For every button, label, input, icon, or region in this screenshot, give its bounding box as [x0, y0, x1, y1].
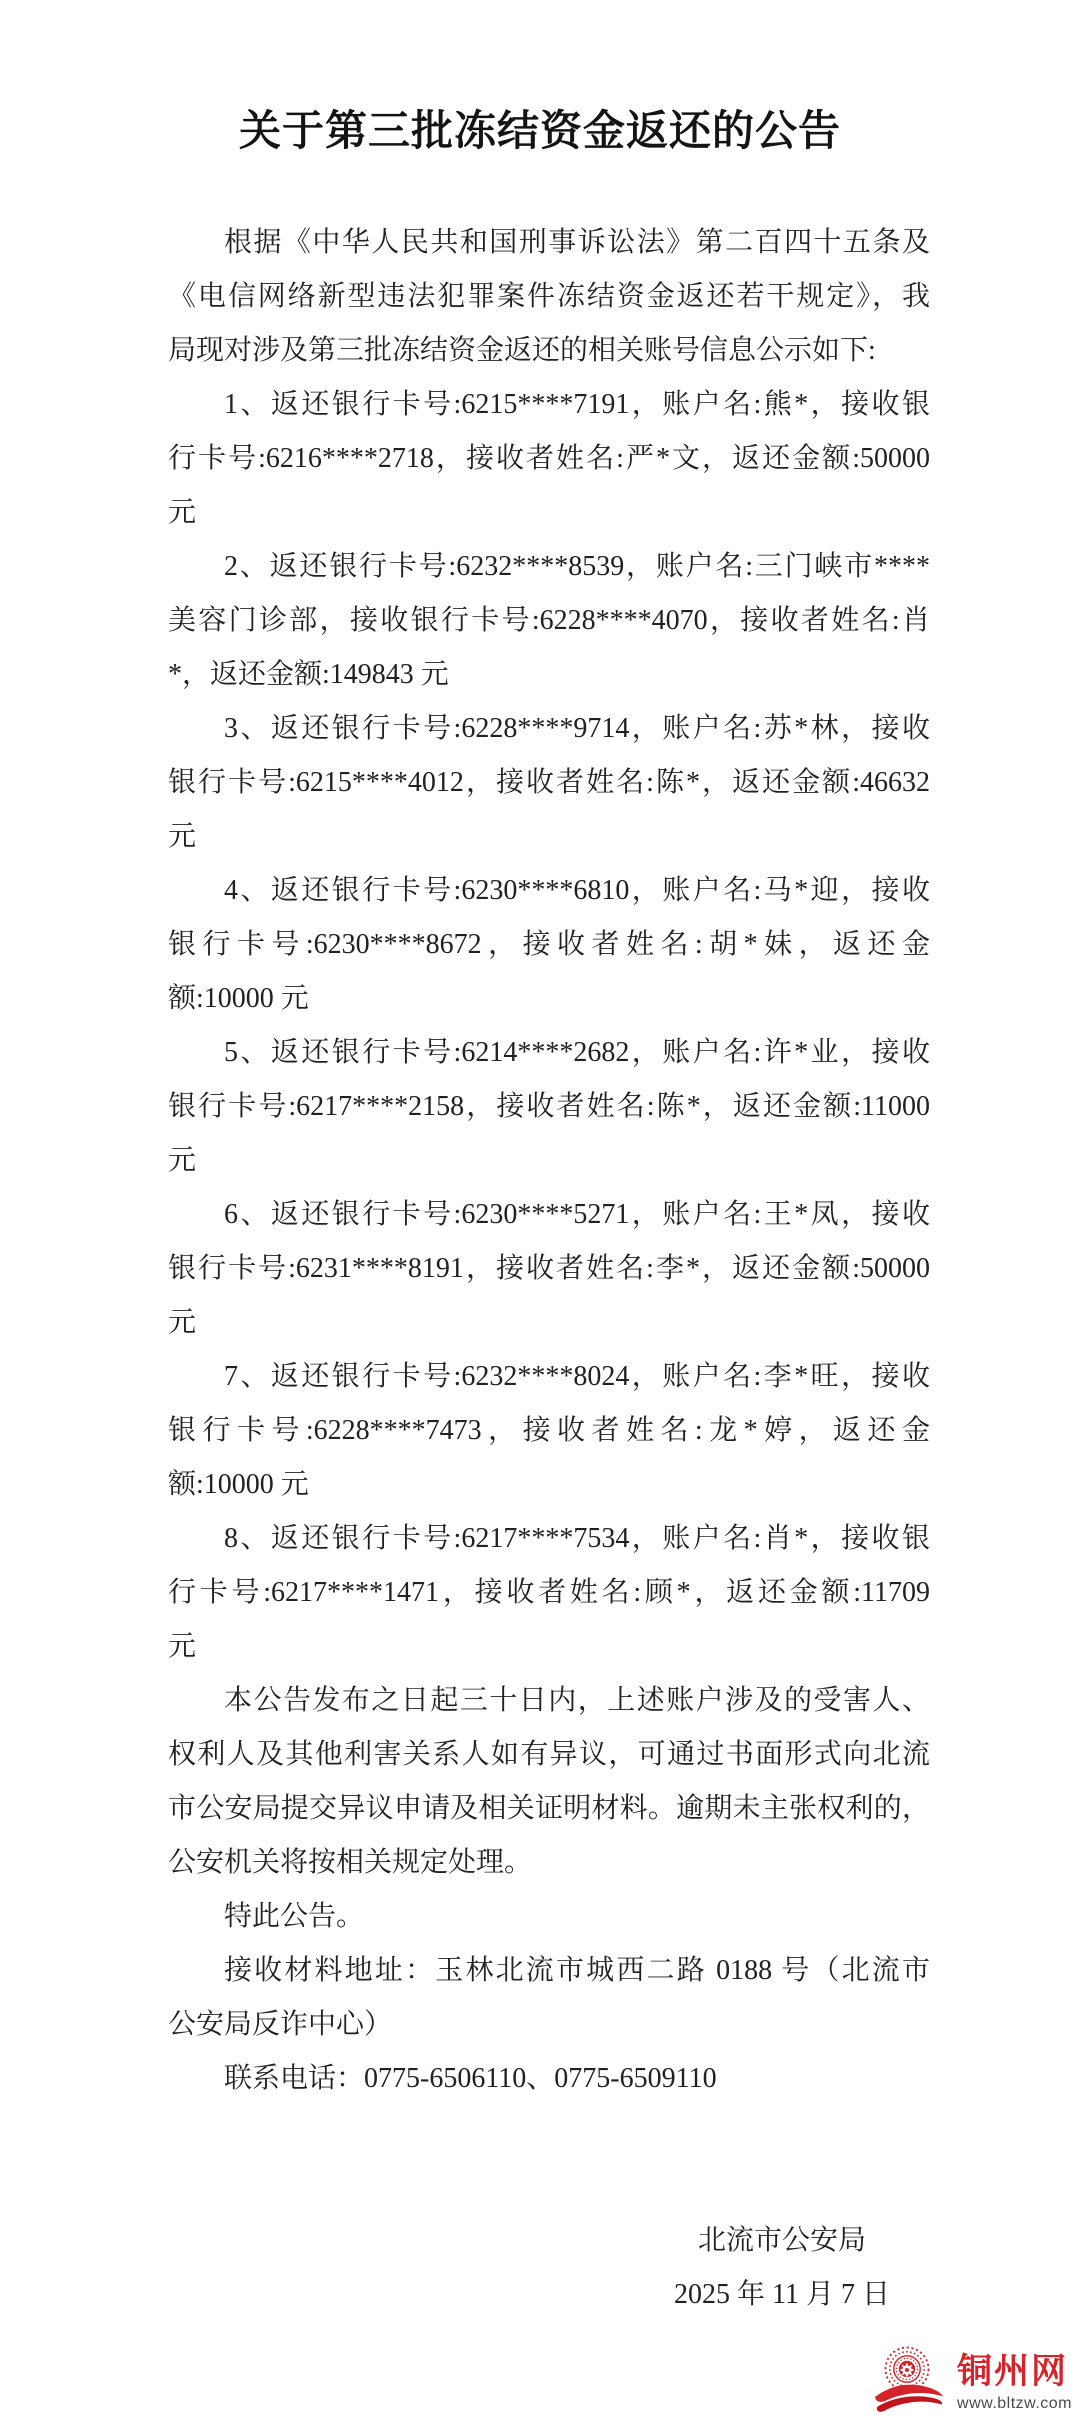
body-line: 额:10000 元	[168, 972, 930, 1026]
body-line: 美容门诊部，接收银行卡号:6228****4070，接收者姓名:肖	[168, 594, 930, 648]
body-line: 接收材料地址：玉林北流市城西二路 0188 号（北流市	[168, 1944, 930, 1998]
notice-page: 关于第三批冻结资金返还的公告 根据《中华人民共和国刑事诉讼法》第二百四十五条及《…	[0, 0, 1080, 2419]
body-line: 4、返还银行卡号:6230****6810，账户名:马*迎，接收	[168, 864, 930, 918]
body-line: 银行卡号:6217****2158，接收者姓名:陈*，返还金额:11000	[168, 1080, 930, 1134]
signature-date: 2025 年 11 月 7 日	[642, 2268, 922, 2322]
body-line: 《电信网络新型违法犯罪案件冻结资金返还若干规定》，我	[168, 270, 930, 324]
signature-org: 北流市公安局	[642, 2214, 922, 2268]
body-line: 元	[168, 486, 930, 540]
body-line: 3、返还银行卡号:6228****9714，账户名:苏*林，接收	[168, 702, 930, 756]
site-name: 铜州网	[957, 2353, 1072, 2391]
body-line: 局现对涉及第三批冻结资金返还的相关账号信息公示如下:	[168, 324, 930, 378]
notice-title: 关于第三批冻结资金返还的公告	[0, 0, 1080, 160]
body-line: 市公安局提交异议申请及相关证明材料。逾期未主张权利的，	[168, 1782, 930, 1836]
body-line: 2、返还银行卡号:6232****8539，账户名:三门峡市****	[168, 540, 930, 594]
site-watermark: 铜州网 www.bltzw.com	[873, 2341, 1072, 2415]
body-line: 7、返还银行卡号:6232****8024，账户名:李*旺，接收	[168, 1350, 930, 1404]
body-line: 元	[168, 1296, 930, 1350]
body-line: 公安机关将按相关规定处理。	[168, 1836, 930, 1890]
body-line: 联系电话：0775-6506110、0775-6509110	[168, 2052, 930, 2106]
red-waves-icon	[875, 2385, 943, 2412]
body-line: 银行卡号:6228****7473，接收者姓名:龙*婷，返还金	[168, 1404, 930, 1458]
body-line: 行卡号:6217****1471，接收者姓名:顾*，返还金额:11709	[168, 1566, 930, 1620]
body-line: 银行卡号:6230****8672，接收者姓名:胡*妹，返还金	[168, 918, 930, 972]
body-line: 权利人及其他利害关系人如有异议，可通过书面形式向北流	[168, 1728, 930, 1782]
red-seal-icon	[873, 2341, 945, 2415]
body-line: 8、返还银行卡号:6217****7534，账户名:肖*，接收银	[168, 1512, 930, 1566]
body-line: 额:10000 元	[168, 1458, 930, 1512]
site-url: www.bltzw.com	[957, 2395, 1072, 2413]
body-line: 行卡号:6216****2718，接收者姓名:严*文，返还金额:50000	[168, 432, 930, 486]
body-line: 5、返还银行卡号:6214****2682，账户名:许*业，接收	[168, 1026, 930, 1080]
body-line: 银行卡号:6215****4012，接收者姓名:陈*，返还金额:46632	[168, 756, 930, 810]
body-line: 元	[168, 810, 930, 864]
signature-block: 北流市公安局 2025 年 11 月 7 日	[642, 2214, 922, 2322]
notice-body: 根据《中华人民共和国刑事诉讼法》第二百四十五条及《电信网络新型违法犯罪案件冻结资…	[0, 216, 1080, 2106]
body-line: 元	[168, 1134, 930, 1188]
body-line: 本公告发布之日起三十日内，上述账户涉及的受害人、	[168, 1674, 930, 1728]
body-line: 公安局反诈中心）	[168, 1998, 930, 2052]
body-line: 1、返还银行卡号:6215****7191，账户名:熊*，接收银	[168, 378, 930, 432]
body-line: 特此公告。	[168, 1890, 930, 1944]
body-line: *，返还金额:149843 元	[168, 648, 930, 702]
body-line: 6、返还银行卡号:6230****5271，账户名:王*凤，接收	[168, 1188, 930, 1242]
body-line: 银行卡号:6231****8191，接收者姓名:李*，返还金额:50000	[168, 1242, 930, 1296]
body-line: 根据《中华人民共和国刑事诉讼法》第二百四十五条及	[168, 216, 930, 270]
body-line: 元	[168, 1620, 930, 1674]
